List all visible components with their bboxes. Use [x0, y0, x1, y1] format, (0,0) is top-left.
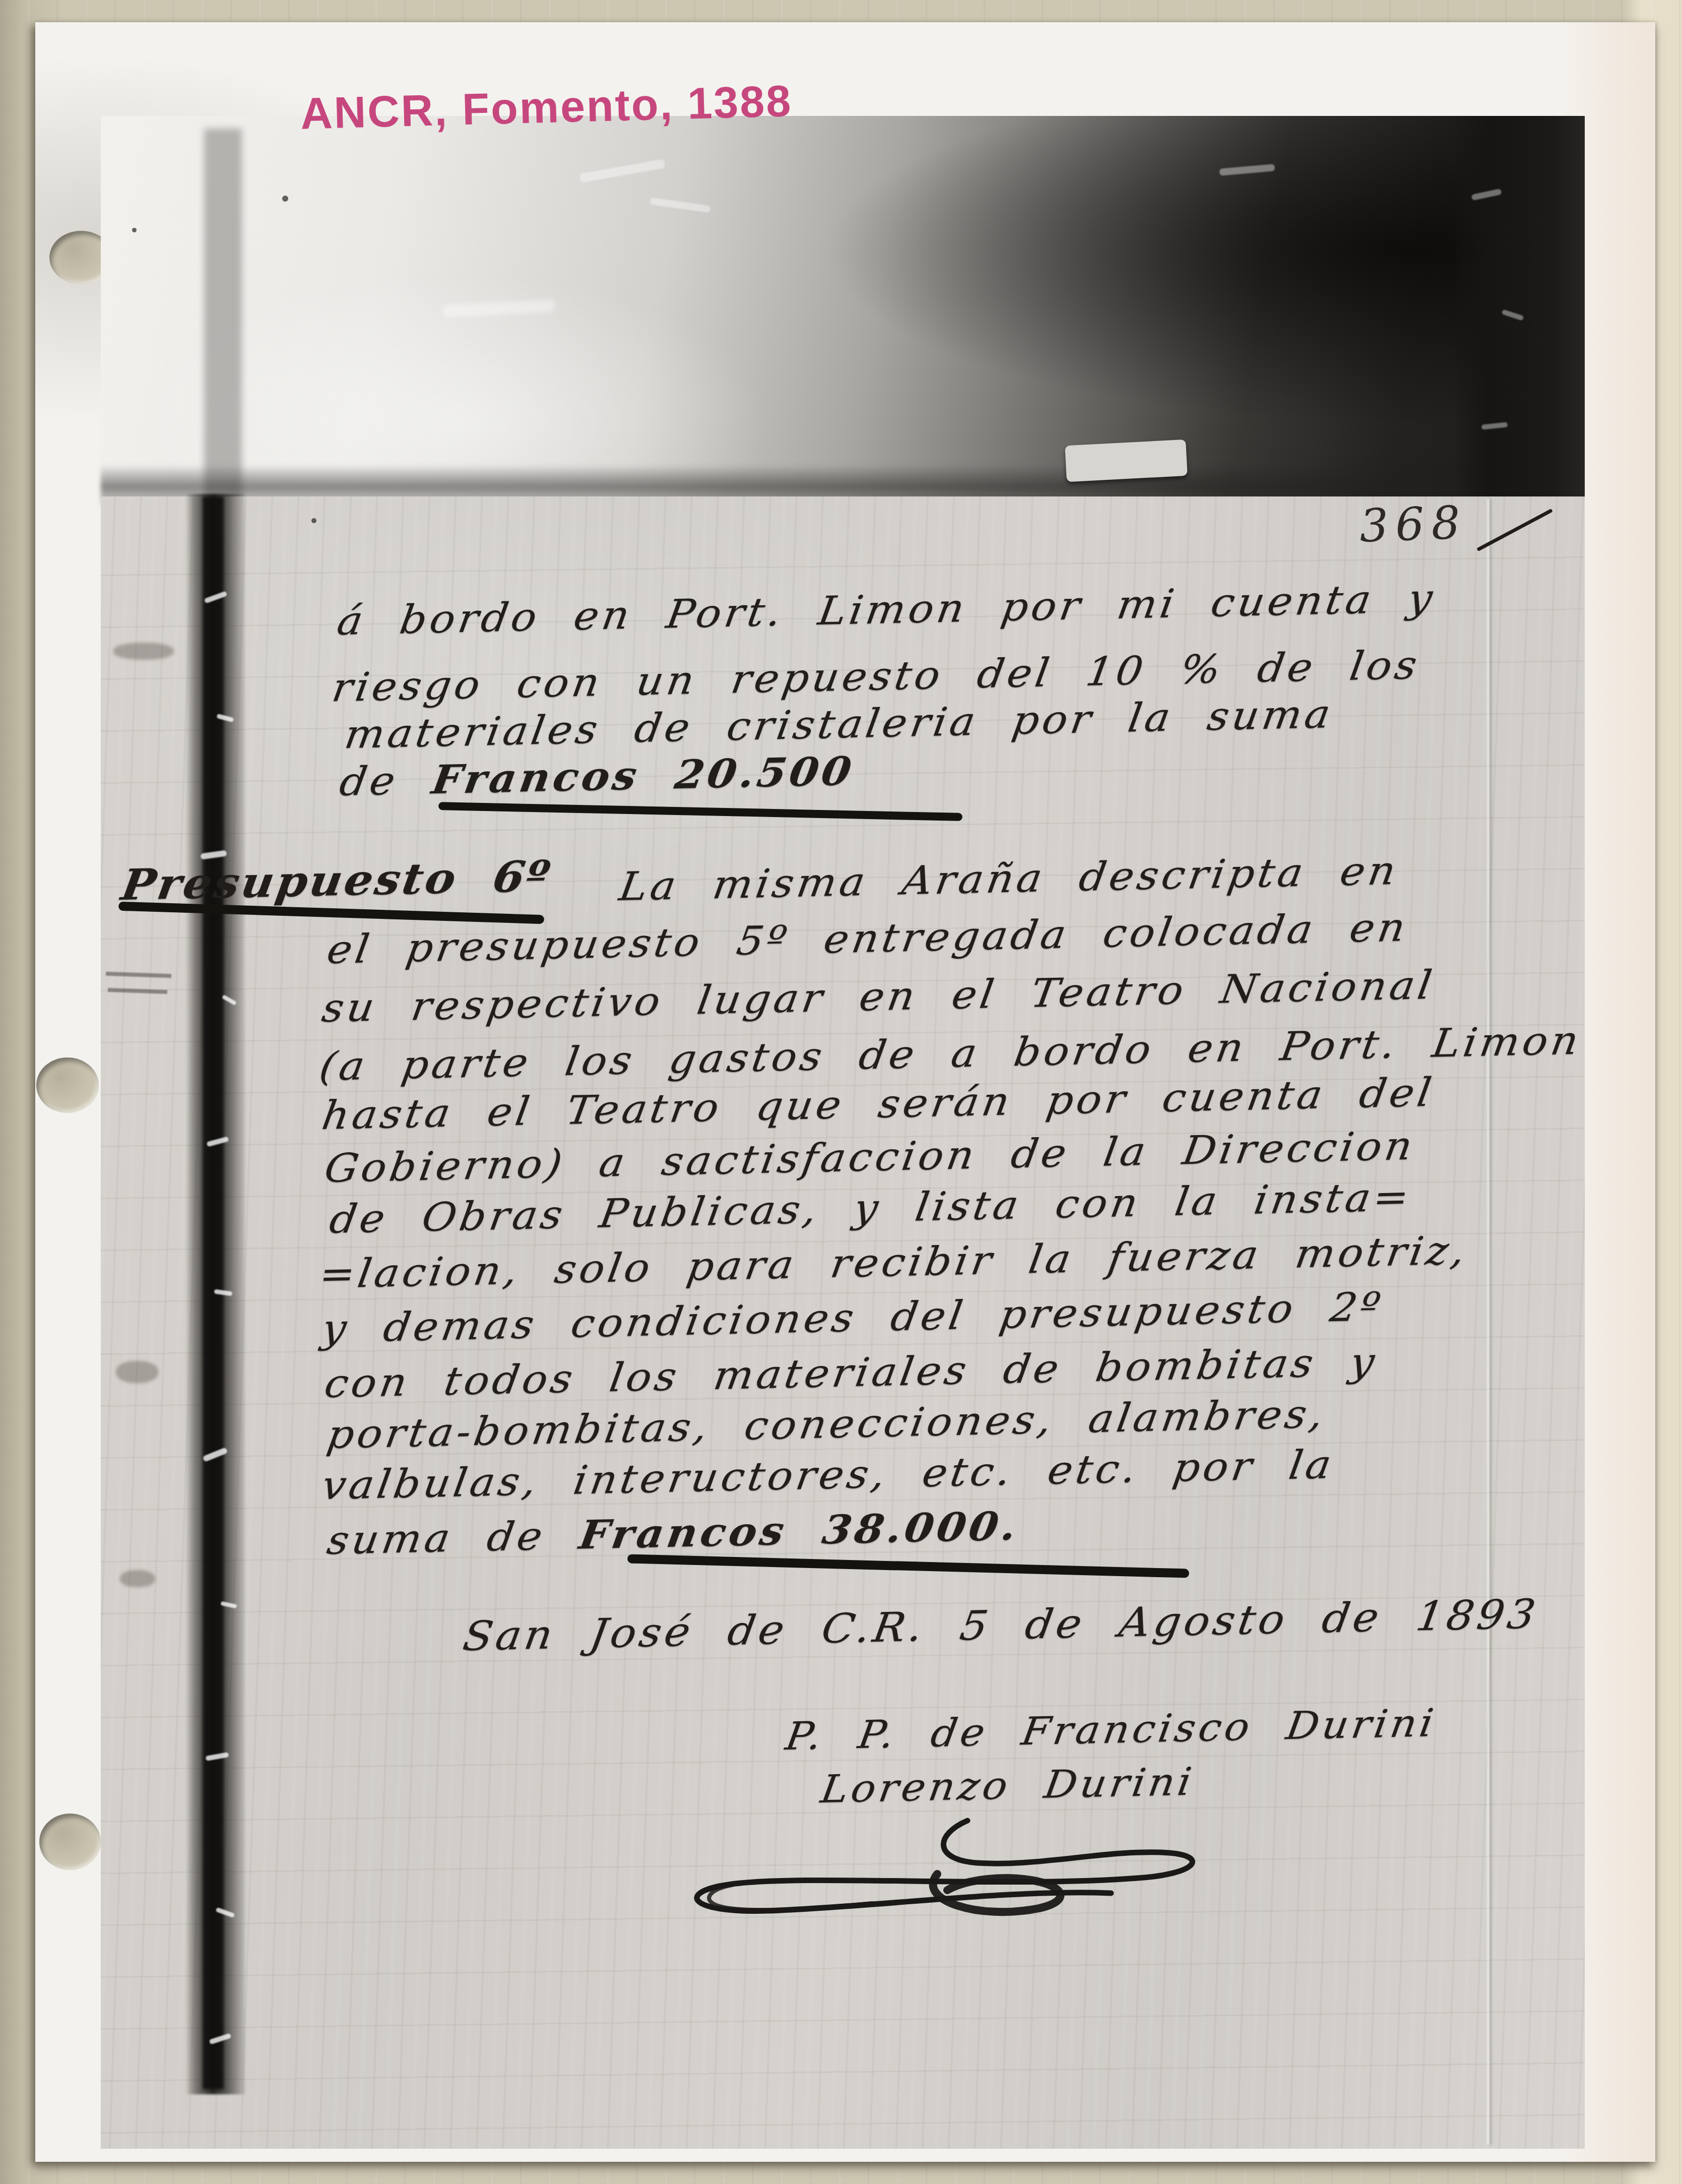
photo-top-gradient: [101, 116, 1585, 497]
section-heading-presupuesto-6: Presupuesto 6º: [118, 851, 555, 910]
page-number: 368: [1358, 496, 1468, 552]
toner-speck: [282, 196, 288, 202]
ghost-writing-mark: [113, 643, 174, 660]
signature-name: Lorenzo Durini: [818, 1759, 1198, 1812]
page-corner-tab: [1065, 440, 1187, 482]
amount-prefix: de: [337, 758, 436, 805]
amount-prefix: suma de: [324, 1513, 584, 1564]
ghost-writing-mark: [116, 1361, 158, 1383]
ghost-writing-mark: [120, 1570, 155, 1587]
punch-hole-bottom: [39, 1814, 101, 1870]
toner-speck: [311, 518, 316, 523]
photo-dark-edge-band: [1456, 116, 1585, 502]
toner-speck: [132, 228, 137, 232]
archival-scan-photo: ANCR, Fomento, 1388 368 á bordo en Port.…: [0, 0, 1682, 2184]
amount-francs-38000: Francos 38.000.: [576, 1503, 1023, 1558]
page-crease-line: [1486, 499, 1490, 2145]
signature-flourish: [655, 1814, 1209, 1945]
punch-hole-middle: [36, 1057, 99, 1113]
amount-francs-20500: Francos 20.500: [429, 748, 858, 803]
book-gutter-shadow-top: [204, 129, 242, 499]
